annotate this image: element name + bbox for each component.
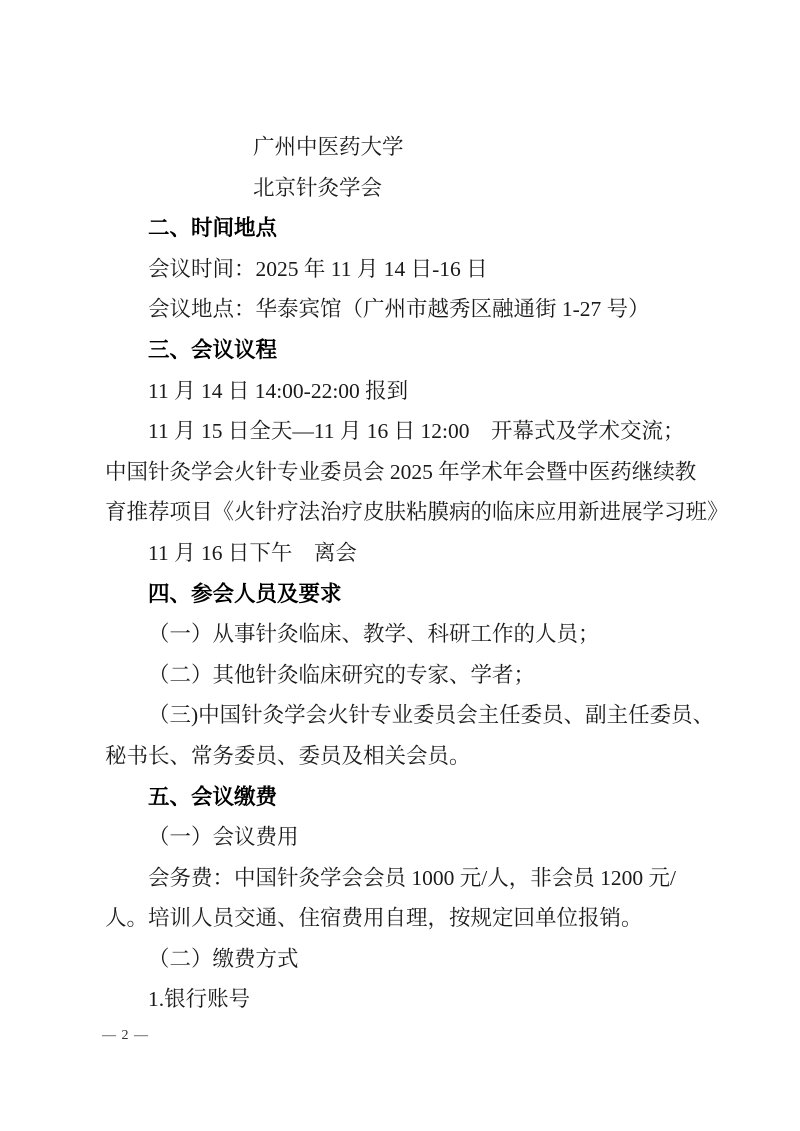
agenda-line: 育推荐项目《火针疗法治疗皮肤粘膜病的临床应用新进展学习班》: [105, 492, 725, 533]
agenda-line: 11 月 14 日 14:00-22:00 报到: [105, 371, 725, 412]
agenda-line: 11 月 16 日下午 离会: [105, 533, 725, 574]
page-number: — 2 —: [102, 1028, 149, 1044]
document-body: 广州中医药大学 北京针灸学会 二、时间地点 会议时间：2025 年 11 月 1…: [105, 127, 725, 1020]
section-heading-2: 二、时间地点: [105, 208, 725, 249]
section-heading-3: 三、会议议程: [105, 330, 725, 371]
attendee-item: （二）其他针灸临床研究的专家、学者；: [105, 655, 725, 696]
fee-detail-line: 会务费：中国针灸学会会员 1000 元/人，非会员 1200 元/: [105, 858, 725, 899]
fee-detail-line: 人。培训人员交通、住宿费用自理，按规定回单位报销。: [105, 898, 725, 939]
org-name-line: 北京针灸学会: [105, 168, 725, 209]
agenda-line: 中国针灸学会火针专业委员会 2025 年学术年会暨中医药继续教: [105, 452, 725, 493]
document-page: 广州中医药大学 北京针灸学会 二、时间地点 会议时间：2025 年 11 月 1…: [0, 0, 800, 1131]
attendee-item: （一）从事针灸临床、教学、科研工作的人员；: [105, 614, 725, 655]
meeting-place-line: 会议地点：华泰宾馆（广州市越秀区融通街 1-27 号）: [105, 289, 725, 330]
meeting-time-line: 会议时间：2025 年 11 月 14 日-16 日: [105, 249, 725, 290]
attendee-item: 秘书长、常务委员、委员及相关会员。: [105, 736, 725, 777]
fee-subheading: （一）会议费用: [105, 817, 725, 858]
payment-subheading: （二）缴费方式: [105, 939, 725, 980]
attendee-item: （三)中国针灸学会火针专业委员会主任委员、副主任委员、: [105, 695, 725, 736]
section-heading-4: 四、参会人员及要求: [105, 574, 725, 615]
agenda-line: 11 月 15 日全天—11 月 16 日 12:00 开幕式及学术交流；: [105, 411, 725, 452]
section-heading-5: 五、会议缴费: [105, 777, 725, 818]
bank-account-label: 1.银行账号: [105, 979, 725, 1020]
org-name-line: 广州中医药大学: [105, 127, 725, 168]
